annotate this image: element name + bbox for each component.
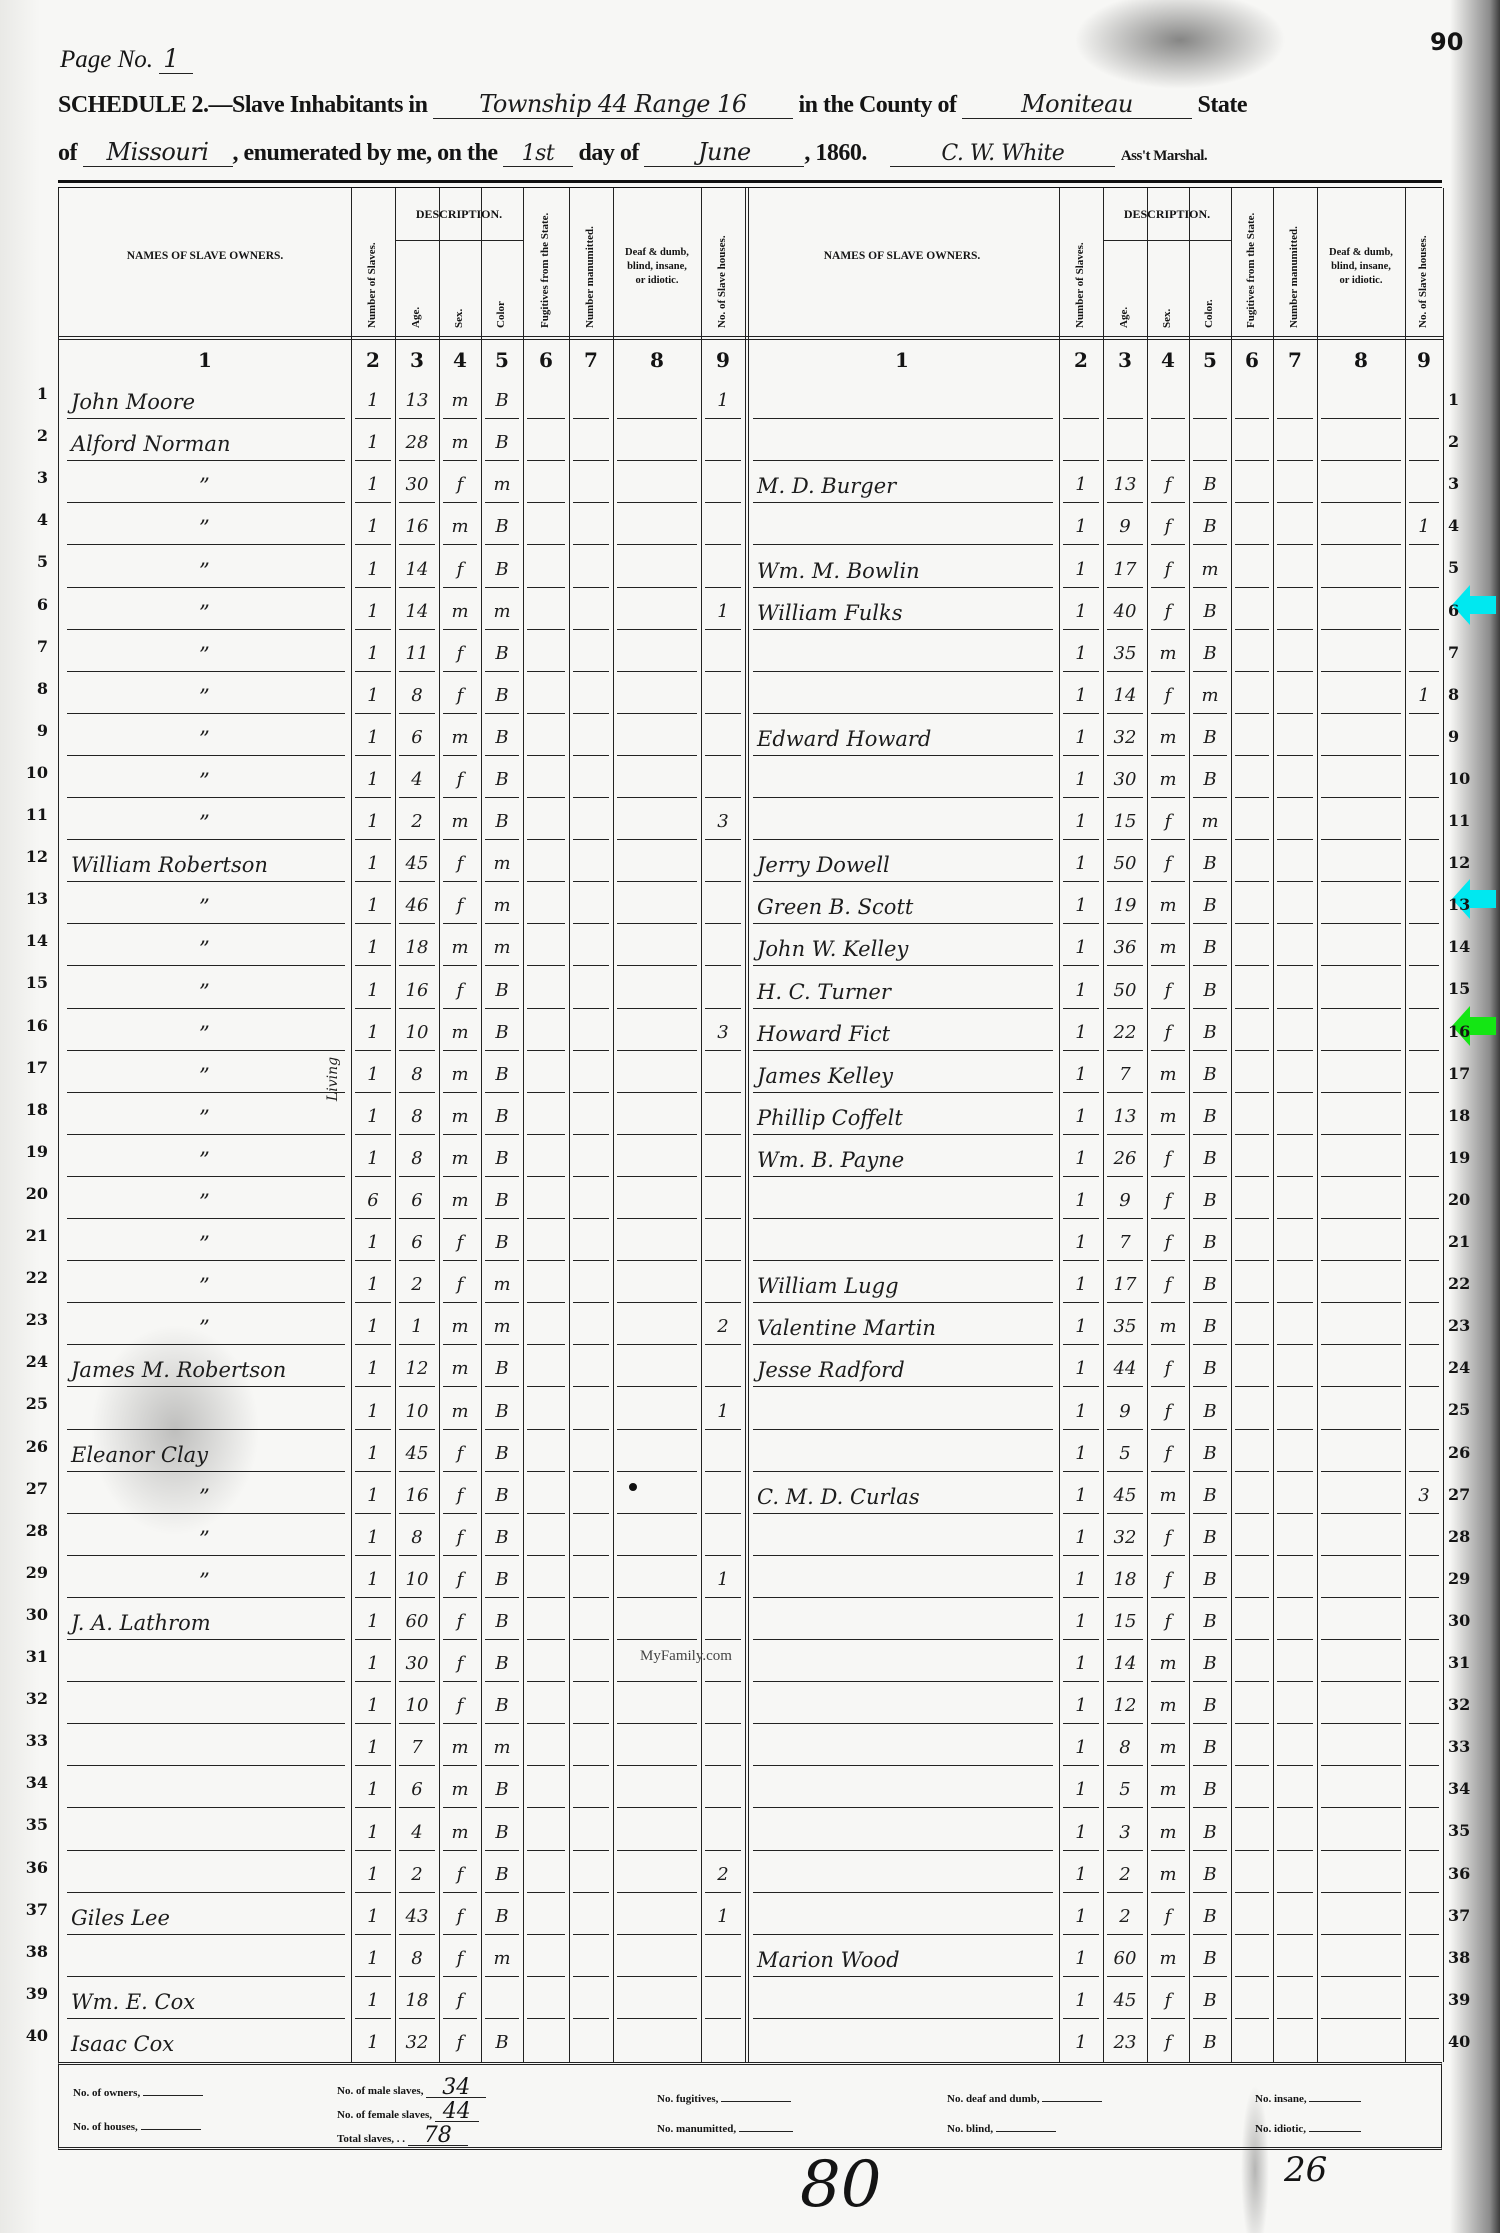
right-owner-name: William Fulks <box>757 601 903 625</box>
row-rule <box>1321 544 1401 545</box>
row-rule <box>527 965 565 966</box>
column-header-deaf-dumb: or idiotic. <box>613 274 701 287</box>
left-age: 8 <box>395 1948 439 1969</box>
day-of-label: day of <box>578 140 638 166</box>
row-rule <box>1151 671 1185 672</box>
row-rule <box>399 1092 435 1093</box>
right-color: B <box>1189 1737 1231 1758</box>
right-color: B <box>1189 853 1231 874</box>
left-color: m <box>481 853 523 874</box>
left-color: B <box>481 1022 523 1043</box>
left-number-of-slaves: 1 <box>351 727 395 748</box>
line-number-right: 1 <box>1448 390 1478 409</box>
row-rule <box>1409 1807 1439 1808</box>
row-rule <box>1235 1008 1269 1009</box>
line-number-left: 4 <box>18 510 48 529</box>
left-age: 6 <box>395 1232 439 1253</box>
row-rule <box>1321 1302 1401 1303</box>
right-sex: f <box>1147 1190 1189 1211</box>
row-rule <box>573 713 609 714</box>
row-rule <box>1193 671 1227 672</box>
row-rule <box>355 1850 391 1851</box>
left-color: B <box>481 1106 523 1127</box>
left-color: B <box>481 727 523 748</box>
row-rule <box>1193 1765 1227 1766</box>
row-rule <box>1151 1429 1185 1430</box>
blind-label: No. blind, <box>947 2123 993 2135</box>
line-number-right: 3 <box>1448 474 1478 493</box>
line-number-right: 18 <box>1448 1106 1478 1125</box>
left-sex: m <box>439 1106 481 1127</box>
left-age: 2 <box>395 1864 439 1885</box>
line-number-left: 33 <box>18 1731 48 1750</box>
row-rule <box>527 1807 565 1808</box>
left-age: 45 <box>395 1443 439 1464</box>
row-rule <box>1151 502 1185 503</box>
row-rule <box>355 502 391 503</box>
left-number-of-slaves: 1 <box>351 811 395 832</box>
row-rule <box>1277 629 1313 630</box>
right-age: 9 <box>1103 1190 1147 1211</box>
right-color: B <box>1189 1401 1231 1422</box>
row-rule <box>1321 460 1401 461</box>
left-sex: f <box>439 559 481 580</box>
right-number-of-slaves: 1 <box>1059 1148 1103 1169</box>
row-rule <box>355 1471 391 1472</box>
left-age: 4 <box>395 769 439 790</box>
row-rule <box>1277 1302 1313 1303</box>
row-rule <box>1193 1050 1227 1051</box>
row-rule <box>527 839 565 840</box>
right-age: 5 <box>1103 1443 1147 1464</box>
row-rule <box>1277 839 1313 840</box>
left-age: 60 <box>395 1611 439 1632</box>
right-owner-name: M. D. Burger <box>757 474 896 498</box>
row-rule <box>485 1429 519 1430</box>
row-rule <box>527 1344 565 1345</box>
right-owner-name: Jerry Dowell <box>757 853 890 877</box>
left-color: m <box>481 1316 523 1337</box>
left-slave-houses: 3 <box>701 1022 745 1043</box>
handwritten-note-right: 26 <box>1284 2150 1327 2190</box>
row-rule <box>1151 965 1185 966</box>
left-age: 8 <box>395 1148 439 1169</box>
right-sex: f <box>1147 1443 1189 1464</box>
row-rule <box>527 1092 565 1093</box>
row-rule <box>617 1260 697 1261</box>
line-number-left: 29 <box>18 1563 48 1582</box>
row-rule <box>1151 1723 1185 1724</box>
row-rule <box>1235 587 1269 588</box>
column-header-names: NAMES OF SLAVE OWNERS. <box>69 250 341 263</box>
right-age: 7 <box>1103 1232 1147 1253</box>
left-sex: m <box>439 1148 481 1169</box>
row-rule <box>1063 839 1099 840</box>
line-number-right: 35 <box>1448 1821 1478 1840</box>
row-rule <box>753 797 1053 798</box>
row-rule <box>573 1892 609 1893</box>
row-rule <box>705 1892 741 1893</box>
row-rule <box>1193 1344 1227 1345</box>
row-rule <box>1063 965 1099 966</box>
left-owner-name: ” <box>199 1022 210 1046</box>
row-rule <box>399 923 435 924</box>
row-rule <box>1409 923 1439 924</box>
row-rule <box>1151 1302 1185 1303</box>
line-number-left: 35 <box>18 1815 48 1834</box>
column-header-fugitives: Fugitives from the State. <box>1245 213 1257 328</box>
row-rule <box>1107 797 1143 798</box>
right-number-of-slaves: 1 <box>1059 1990 1103 2011</box>
left-age: 7 <box>395 1737 439 1758</box>
row-rule <box>399 1681 435 1682</box>
column-number: 1 <box>745 348 1059 372</box>
total-slaves-count: Total slaves, . . 78 <box>337 2127 468 2146</box>
row-rule <box>1151 1260 1185 1261</box>
line-number-left: 16 <box>18 1016 48 1035</box>
row-rule <box>573 1302 609 1303</box>
row-rule <box>485 1934 519 1935</box>
left-owner-name: ” <box>199 937 210 961</box>
row-rule <box>443 418 477 419</box>
row-rule <box>753 923 1053 924</box>
row-rule <box>1409 1934 1439 1935</box>
row-rule <box>527 881 565 882</box>
right-owner-name: John W. Kelley <box>757 937 908 961</box>
left-color: B <box>481 1443 523 1464</box>
line-number-left: 21 <box>18 1226 48 1245</box>
right-slave-houses: 3 <box>1405 1485 1443 1506</box>
row-rule <box>705 1597 741 1598</box>
idiotic-label: No. idiotic, <box>1255 2123 1306 2135</box>
row-rule <box>485 1218 519 1219</box>
left-owner-name: Eleanor Clay <box>71 1443 208 1467</box>
left-sex: f <box>439 1695 481 1716</box>
row-rule <box>705 460 741 461</box>
left-number-of-slaves: 1 <box>351 853 395 874</box>
row-rule <box>1409 1218 1439 1219</box>
left-number-of-slaves: 1 <box>351 1906 395 1927</box>
row-rule <box>399 544 435 545</box>
column-number: 8 <box>1317 348 1405 372</box>
left-age: 6 <box>395 1779 439 1800</box>
row-rule <box>617 460 697 461</box>
column-divider <box>1231 188 1232 2062</box>
left-color: B <box>481 516 523 537</box>
row-rule <box>617 1176 697 1177</box>
right-color: m <box>1189 559 1231 580</box>
right-color: B <box>1189 1990 1231 2011</box>
left-color: B <box>481 1779 523 1800</box>
row-rule <box>399 797 435 798</box>
left-sex: m <box>439 1064 481 1085</box>
left-age: 10 <box>395 1022 439 1043</box>
row-rule <box>1277 502 1313 503</box>
right-number-of-slaves: 1 <box>1059 1948 1103 1969</box>
row-rule <box>753 1765 1053 1766</box>
column-number: 2 <box>351 348 395 372</box>
left-sex: m <box>439 390 481 411</box>
row-rule <box>1107 502 1143 503</box>
handwritten-page-total: 80 <box>800 2148 881 2222</box>
row-rule <box>573 502 609 503</box>
right-age: 44 <box>1103 1358 1147 1379</box>
row-rule <box>485 1260 519 1261</box>
row-rule <box>443 544 477 545</box>
row-rule <box>67 1807 345 1808</box>
row-rule <box>485 671 519 672</box>
left-color: B <box>481 769 523 790</box>
left-slave-houses: 1 <box>701 1569 745 1590</box>
row-rule <box>1409 1050 1439 1051</box>
houses-count: No. of houses, <box>73 2121 201 2133</box>
row-rule <box>573 1639 609 1640</box>
header-rule <box>58 180 1442 188</box>
row-rule <box>1151 587 1185 588</box>
row-rule <box>355 1555 391 1556</box>
row-rule <box>443 1934 477 1935</box>
row-rule <box>1235 1807 1269 1808</box>
row-rule <box>443 839 477 840</box>
row-rule <box>573 1134 609 1135</box>
left-sex: m <box>439 727 481 748</box>
row-rule <box>527 671 565 672</box>
right-color: B <box>1189 516 1231 537</box>
left-number-of-slaves: 1 <box>351 1485 395 1506</box>
row-rule <box>1409 1260 1439 1261</box>
row-rule <box>1277 881 1313 882</box>
female-label: No. of female slaves, <box>337 2109 432 2121</box>
left-owner-name: ” <box>199 1527 210 1551</box>
row-rule <box>485 1555 519 1556</box>
row-rule <box>617 1429 697 1430</box>
line-number-right: 38 <box>1448 1948 1478 1967</box>
left-owner-name: ” <box>199 1316 210 1340</box>
county-label: in the County of <box>798 92 956 118</box>
row-rule <box>1193 1807 1227 1808</box>
row-rule <box>67 1934 345 1935</box>
row-rule <box>527 1471 565 1472</box>
left-color: B <box>481 1653 523 1674</box>
row-rule <box>705 713 741 714</box>
left-age: 2 <box>395 1274 439 1295</box>
row-rule <box>1277 1050 1313 1051</box>
right-number-of-slaves: 1 <box>1059 1316 1103 1337</box>
row-rule <box>67 1218 345 1219</box>
row-rule <box>1107 587 1143 588</box>
row-rule <box>1235 1892 1269 1893</box>
right-age: 60 <box>1103 1948 1147 1969</box>
left-owner-name: ” <box>199 1148 210 1172</box>
row-rule <box>67 1597 345 1598</box>
left-owner-name: ” <box>199 1232 210 1256</box>
row-rule <box>1321 2018 1401 2019</box>
right-color: B <box>1189 2032 1231 2053</box>
left-number-of-slaves: 1 <box>351 1695 395 1716</box>
row-rule <box>705 1386 741 1387</box>
row-rule <box>527 1218 565 1219</box>
row-rule <box>573 1429 609 1430</box>
row-rule <box>705 1050 741 1051</box>
left-sex: m <box>439 1737 481 1758</box>
left-number-of-slaves: 1 <box>351 1948 395 1969</box>
right-color: B <box>1189 1022 1231 1043</box>
right-number-of-slaves: 1 <box>1059 1358 1103 1379</box>
column-header-age: Age. <box>410 307 422 328</box>
row-rule <box>1235 418 1269 419</box>
row-rule <box>355 1765 391 1766</box>
row-rule <box>573 460 609 461</box>
left-age: 10 <box>395 1569 439 1590</box>
male-slaves-count: No. of male slaves, 34 <box>337 2079 486 2098</box>
row-rule <box>617 587 697 588</box>
ink-dot <box>629 1483 637 1491</box>
left-color: B <box>481 811 523 832</box>
line-number-left: 17 <box>18 1058 48 1077</box>
right-color: B <box>1189 1695 1231 1716</box>
line-number-right: 17 <box>1448 1064 1478 1083</box>
row-rule <box>1277 671 1313 672</box>
row-rule <box>1321 629 1401 630</box>
row-rule <box>1235 1386 1269 1387</box>
row-rule <box>1235 460 1269 461</box>
left-owner-name: Giles Lee <box>71 1906 170 1930</box>
row-rule <box>399 1050 435 1051</box>
line-number-left: 23 <box>18 1310 48 1329</box>
row-rule <box>617 1134 697 1135</box>
column-divider <box>569 188 570 2062</box>
row-rule <box>527 1050 565 1051</box>
left-number-of-slaves: 1 <box>351 1864 395 1885</box>
row-rule <box>443 713 477 714</box>
row-rule <box>1107 671 1143 672</box>
row-rule <box>399 1471 435 1472</box>
row-rule <box>1107 1765 1143 1766</box>
row-rule <box>399 1302 435 1303</box>
left-owner-name: ” <box>199 643 210 667</box>
row-rule <box>1277 2018 1313 2019</box>
houses-value <box>141 2129 201 2130</box>
left-color: B <box>481 1190 523 1211</box>
line-number-right: 10 <box>1448 769 1478 788</box>
right-sex: f <box>1147 1569 1189 1590</box>
left-owner-name: ” <box>199 1190 210 1214</box>
row-rule <box>399 1892 435 1893</box>
line-number-left: 24 <box>18 1352 48 1371</box>
left-sex: f <box>439 1569 481 1590</box>
row-rule <box>1193 1555 1227 1556</box>
left-slave-houses: 3 <box>701 811 745 832</box>
row-rule <box>1151 1050 1185 1051</box>
row-rule <box>399 881 435 882</box>
row-rule <box>573 1934 609 1935</box>
row-rule <box>1193 1892 1227 1893</box>
row-rule <box>67 881 345 882</box>
left-number-of-slaves: 1 <box>351 1569 395 1590</box>
row-rule <box>753 1092 1053 1093</box>
left-owner-name: ” <box>199 980 210 1004</box>
line-number-left: 12 <box>18 847 48 866</box>
row-rule <box>1409 671 1439 672</box>
column-header-color: Color. <box>1203 299 1215 328</box>
row-rule <box>527 418 565 419</box>
row-rule <box>705 881 741 882</box>
row-rule <box>443 797 477 798</box>
left-color: B <box>481 1906 523 1927</box>
left-color: m <box>481 937 523 958</box>
row-rule <box>1409 502 1439 503</box>
row-rule <box>705 418 741 419</box>
line-number-left: 7 <box>18 637 48 656</box>
row-rule <box>1063 797 1099 798</box>
row-rule <box>1235 797 1269 798</box>
line-number-left: 1 <box>18 384 48 403</box>
row-rule <box>485 1050 519 1051</box>
row-rule <box>527 629 565 630</box>
right-age: 45 <box>1103 1990 1147 2011</box>
row-rule <box>1193 1850 1227 1851</box>
left-age: 16 <box>395 516 439 537</box>
left-color: B <box>481 1864 523 1885</box>
header-bottom-rule <box>59 336 1443 337</box>
right-number-of-slaves: 1 <box>1059 1274 1103 1295</box>
left-color: m <box>481 474 523 495</box>
row-rule <box>705 1429 741 1430</box>
left-owner-name: James M. Robertson <box>71 1358 286 1382</box>
row-rule <box>573 1850 609 1851</box>
left-number-of-slaves: 6 <box>351 1190 395 1211</box>
day-field: 1st <box>503 141 573 167</box>
left-age: 8 <box>395 1064 439 1085</box>
insane-value <box>1309 2101 1361 2102</box>
column-number: 1 <box>59 348 351 372</box>
row-rule <box>485 1092 519 1093</box>
left-owner-name: ” <box>199 1064 210 1088</box>
row-rule <box>443 1765 477 1766</box>
row-rule <box>705 1260 741 1261</box>
row-rule <box>485 1681 519 1682</box>
row-rule <box>617 923 697 924</box>
row-rule <box>1193 713 1227 714</box>
right-sex: f <box>1147 811 1189 832</box>
row-rule <box>1235 1513 1269 1514</box>
row-rule <box>1235 1850 1269 1851</box>
row-rule <box>527 923 565 924</box>
row-rule <box>753 629 1053 630</box>
row-rule <box>1235 1050 1269 1051</box>
column-header-description: DESCRIPTION. <box>395 208 523 221</box>
row-rule <box>1409 713 1439 714</box>
row-rule <box>1277 755 1313 756</box>
row-rule <box>1193 1934 1227 1935</box>
row-rule <box>67 1050 345 1051</box>
row-rule <box>1193 965 1227 966</box>
enumeration-line: of Missouri, enumerated by me, on the 1s… <box>58 138 1442 167</box>
right-color: B <box>1189 1485 1231 1506</box>
right-owner-name: Green B. Scott <box>757 895 913 919</box>
row-rule <box>443 629 477 630</box>
right-age: 26 <box>1103 1148 1147 1169</box>
row-rule <box>355 713 391 714</box>
row-rule <box>1107 881 1143 882</box>
row-rule <box>1107 1471 1143 1472</box>
row-rule <box>443 460 477 461</box>
row-rule <box>527 1765 565 1766</box>
left-color: m <box>481 1948 523 1969</box>
row-rule <box>753 418 1053 419</box>
row-rule <box>1193 1681 1227 1682</box>
row-rule <box>1277 1260 1313 1261</box>
